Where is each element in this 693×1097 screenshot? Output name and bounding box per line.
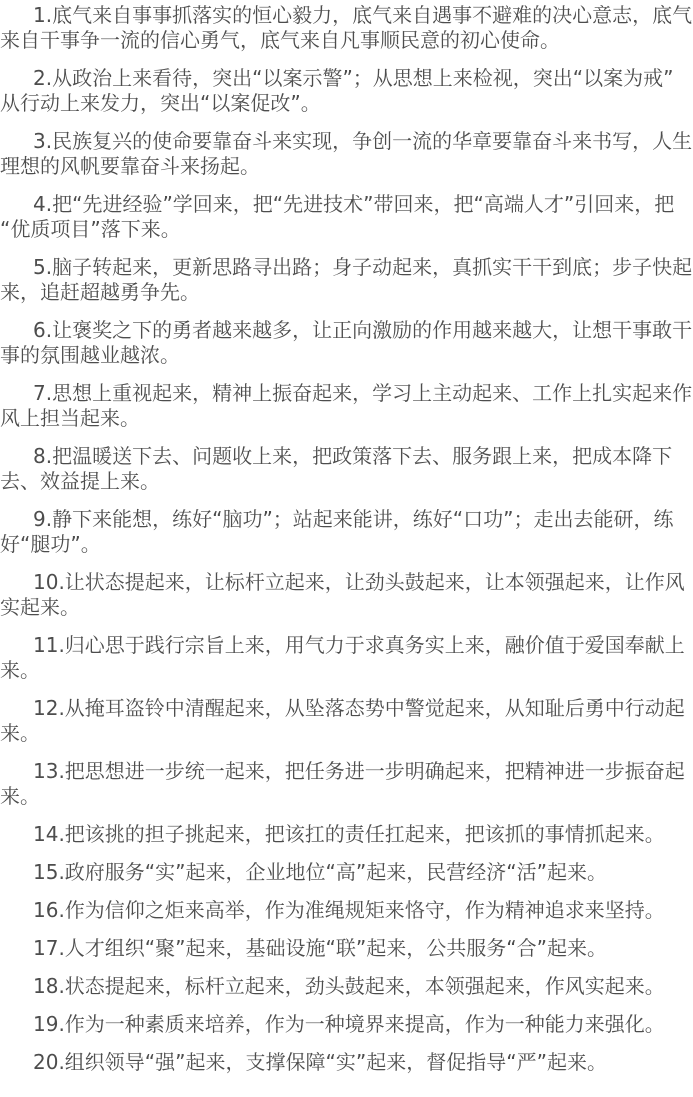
paragraph-10: 10.让状态提起来，让标杆立起来，让劲头鼓起来，让本领强起来，让作风实起来。 (0, 570, 693, 620)
document-body: 1.底气来自事事抓落实的恒心毅力，底气来自遇事不避难的决心意志，底气来自干事争一… (0, 0, 693, 1075)
paragraph-18: 18.状态提起来，标杆立起来，劲头鼓起来，本领强起来，作风实起来。 (0, 974, 693, 999)
paragraph-12: 12.从掩耳盗铃中清醒起来，从坠落态势中警觉起来，从知耻后勇中行动起来。 (0, 696, 693, 746)
paragraph-1: 1.底气来自事事抓落实的恒心毅力，底气来自遇事不避难的决心意志，底气来自干事争一… (0, 3, 693, 53)
paragraph-13: 13.把思想进一步统一起来，把任务进一步明确起来，把精神进一步振奋起来。 (0, 759, 693, 809)
paragraph-20: 20.组织领导“强”起来，支撑保障“实”起来，督促指导“严”起来。 (0, 1050, 693, 1075)
paragraph-11: 11.归心思于践行宗旨上来，用气力于求真务实上来，融价值于爱国奉献上来。 (0, 633, 693, 683)
paragraph-6: 6.让褒奖之下的勇者越来越多，让正向激励的作用越来越大，让想干事敢干事的氛围越业… (0, 318, 693, 368)
paragraph-16: 16.作为信仰之炬来高举，作为准绳规矩来恪守，作为精神追求来坚持。 (0, 898, 693, 923)
paragraph-4: 4.把“先进经验”学回来，把“先进技术”带回来，把“高端人才”引回来，把“优质项… (0, 192, 693, 242)
paragraph-7: 7.思想上重视起来，精神上振奋起来，学习上主动起来、工作上扎实起来作风上担当起来… (0, 381, 693, 431)
paragraph-5: 5.脑子转起来，更新思路寻出路；身子动起来，真抓实干干到底；步子快起来，追赶超越… (0, 255, 693, 305)
paragraph-14: 14.把该挑的担子挑起来，把该扛的责任扛起来，把该抓的事情抓起来。 (0, 822, 693, 847)
paragraph-2: 2.从政治上来看待，突出“以案示警”；从思想上来检视，突出“以案为戒”从行动上来… (0, 66, 693, 116)
paragraph-17: 17.人才组织“聚”起来，基础设施“联”起来，公共服务“合”起来。 (0, 936, 693, 961)
paragraph-9: 9.静下来能想，练好“脑功”；站起来能讲，练好“口功”；走出去能研，练好“腿功”… (0, 507, 693, 557)
paragraph-3: 3.民族复兴的使命要靠奋斗来实现，争创一流的华章要靠奋斗来书写，人生理想的风帆要… (0, 129, 693, 179)
paragraph-8: 8.把温暖送下去、问题收上来，把政策落下去、服务跟上来，把成本降下去、效益提上来… (0, 444, 693, 494)
paragraph-19: 19.作为一种素质来培养，作为一种境界来提高，作为一种能力来强化。 (0, 1012, 693, 1037)
paragraph-15: 15.政府服务“实”起来，企业地位“高”起来，民营经济“活”起来。 (0, 860, 693, 885)
